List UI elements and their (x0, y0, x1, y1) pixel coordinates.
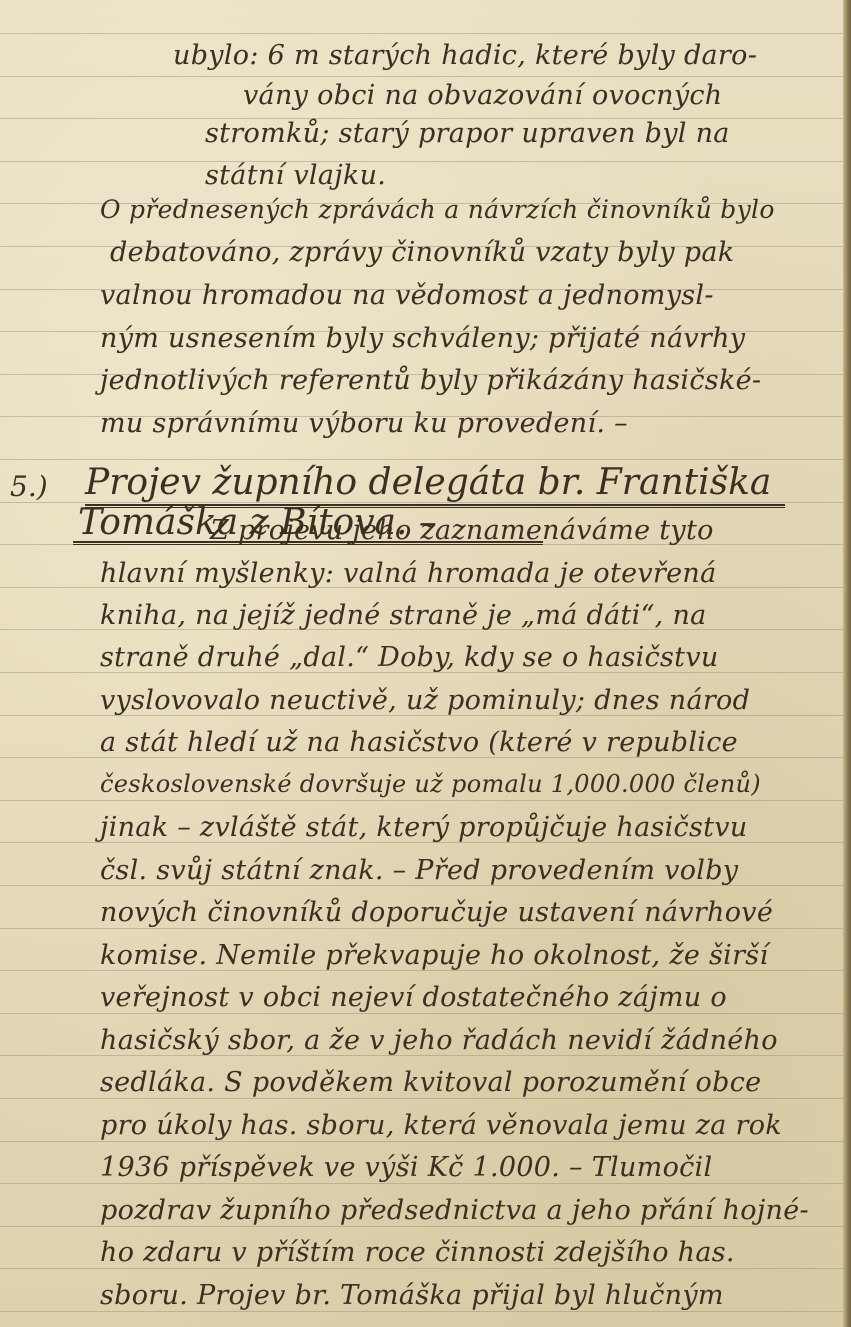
text-line: vyslovovalo neuctivě, už pominuly; dnes … (100, 685, 750, 716)
text-line: ho zdaru v příštím roce činnosti zdejšíh… (100, 1237, 735, 1268)
text-line: stromků; starý prapor upraven byl na (205, 118, 730, 149)
text-line: debatováno, zprávy činovníků vzaty byly … (110, 237, 734, 268)
section-number: 5.) (10, 470, 48, 503)
text-line: O přednesených zprávách a návrzích činov… (100, 195, 775, 224)
text-line: kniha, na jejíž jedné straně je „má dáti… (100, 600, 707, 631)
text-line: 1936 příspěvek ve výši Kč 1.000. – Tlumo… (100, 1152, 712, 1183)
notebook-page: ubylo: 6 m starých hadic, které byly dar… (0, 0, 851, 1327)
text-line: státní vlajku. (205, 160, 386, 191)
text-line: nových činovníků doporučuje ustavení náv… (100, 897, 773, 928)
text-line: mu správnímu výboru ku provedení. – (100, 408, 628, 439)
text-line: straně druhé „dal.“ Doby, kdy se o hasič… (100, 642, 719, 673)
text-line: pozdrav župního předsednictva a jeho přá… (100, 1195, 809, 1226)
text-line: pro úkoly has. sboru, která věnovala jem… (100, 1110, 782, 1141)
text-line: jednotlivých referentů byly přikázány ha… (100, 365, 761, 396)
section-heading-line-1: Projev župního delegáta br. Františka (85, 462, 771, 503)
text-line: sboru. Projev br. Tomáška přijal byl hlu… (100, 1280, 724, 1311)
text-line: sedláka. S povděkem kvitoval porozumění … (100, 1067, 761, 1098)
text-line: ným usnesením byly schváleny; přijaté ná… (100, 323, 745, 354)
text-line: Z projevu jeho zaznamenáváme tyto (210, 515, 714, 546)
book-spine-edge (843, 0, 851, 1327)
text-line: hlavní myšlenky: valná hromada je otevře… (100, 558, 717, 589)
text-line: veřejnost v obci nejeví dostatečného záj… (100, 982, 727, 1013)
text-line: valnou hromadou na vědomost a jednomysl- (100, 280, 714, 311)
text-line: ubylo: 6 m starých hadic, které byly dar… (173, 40, 757, 71)
text-line: a stát hledí už na hasičstvo (které v re… (100, 727, 738, 758)
text-line: vány obci na obvazování ovocných (243, 80, 723, 111)
text-line: komise. Nemile překvapuje ho okolnost, ž… (100, 940, 768, 971)
text-line: jinak – zvláště stát, který propůjčuje h… (100, 812, 748, 843)
text-line: hasičský sbor, a že v jeho řadách nevidí… (100, 1025, 778, 1056)
text-line: československé dovršuje už pomalu 1,000.… (100, 770, 761, 798)
text-line: čsl. svůj státní znak. – Před provedením… (100, 855, 738, 886)
